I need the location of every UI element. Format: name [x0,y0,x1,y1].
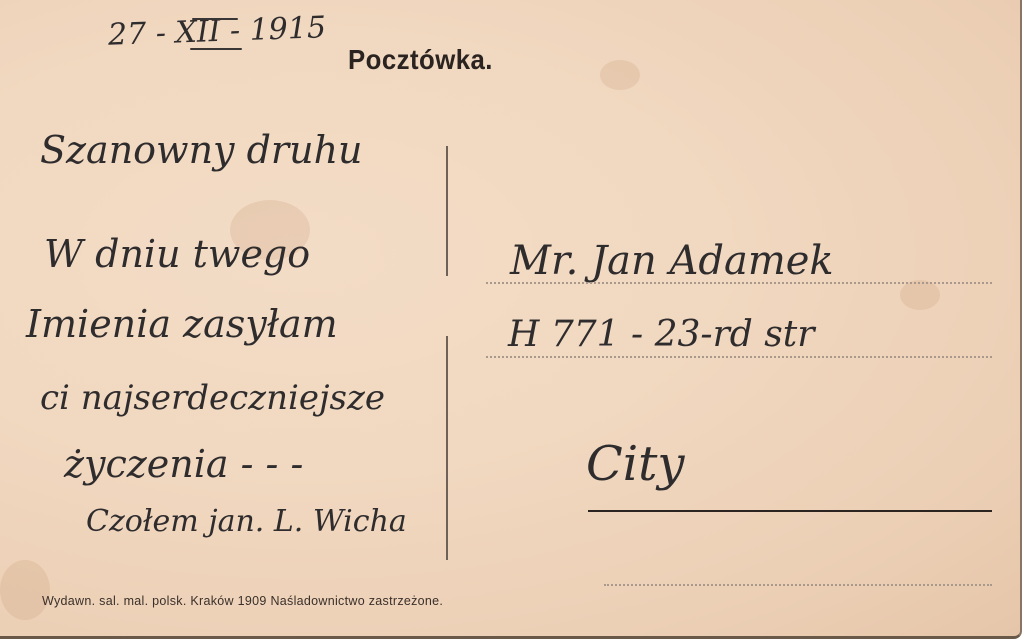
center-divider [446,146,448,276]
signature: Czołem jan. L. Wicha [86,504,407,539]
message-line: W dniu twego [44,232,310,276]
postcard-back: 27 - XII - 1915 Pocztówka. Szanowny druh… [0,0,1022,639]
message-line: ci najserdeczniejsze [40,378,385,418]
paper-stain [900,280,940,310]
paper-stain [600,60,640,90]
address-city: City [586,436,684,492]
address-line: Mr. Jan Adamek [510,238,834,284]
date-underline [190,48,242,50]
date-overline [192,18,238,20]
handwritten-date: 27 - XII - 1915 [107,10,326,53]
paper-stain [0,560,50,620]
publisher-imprint: Wydawn. sal. mal. polsk. Kraków 1909 Naś… [42,594,443,608]
address-dotted-line [486,356,992,358]
address-line: H 771 - 23-rd str [508,314,814,355]
message-line: Imienia zasyłam [26,302,338,346]
message-line: Szanowny druhu [40,128,363,172]
address-dotted-line [604,584,992,586]
address-dotted-line [486,282,992,284]
address-solid-line [588,510,992,512]
postcard-title: Pocztówka. [348,44,493,76]
message-line: życzenia ‐ ‐ ‐ [64,442,303,486]
center-divider [446,336,448,560]
